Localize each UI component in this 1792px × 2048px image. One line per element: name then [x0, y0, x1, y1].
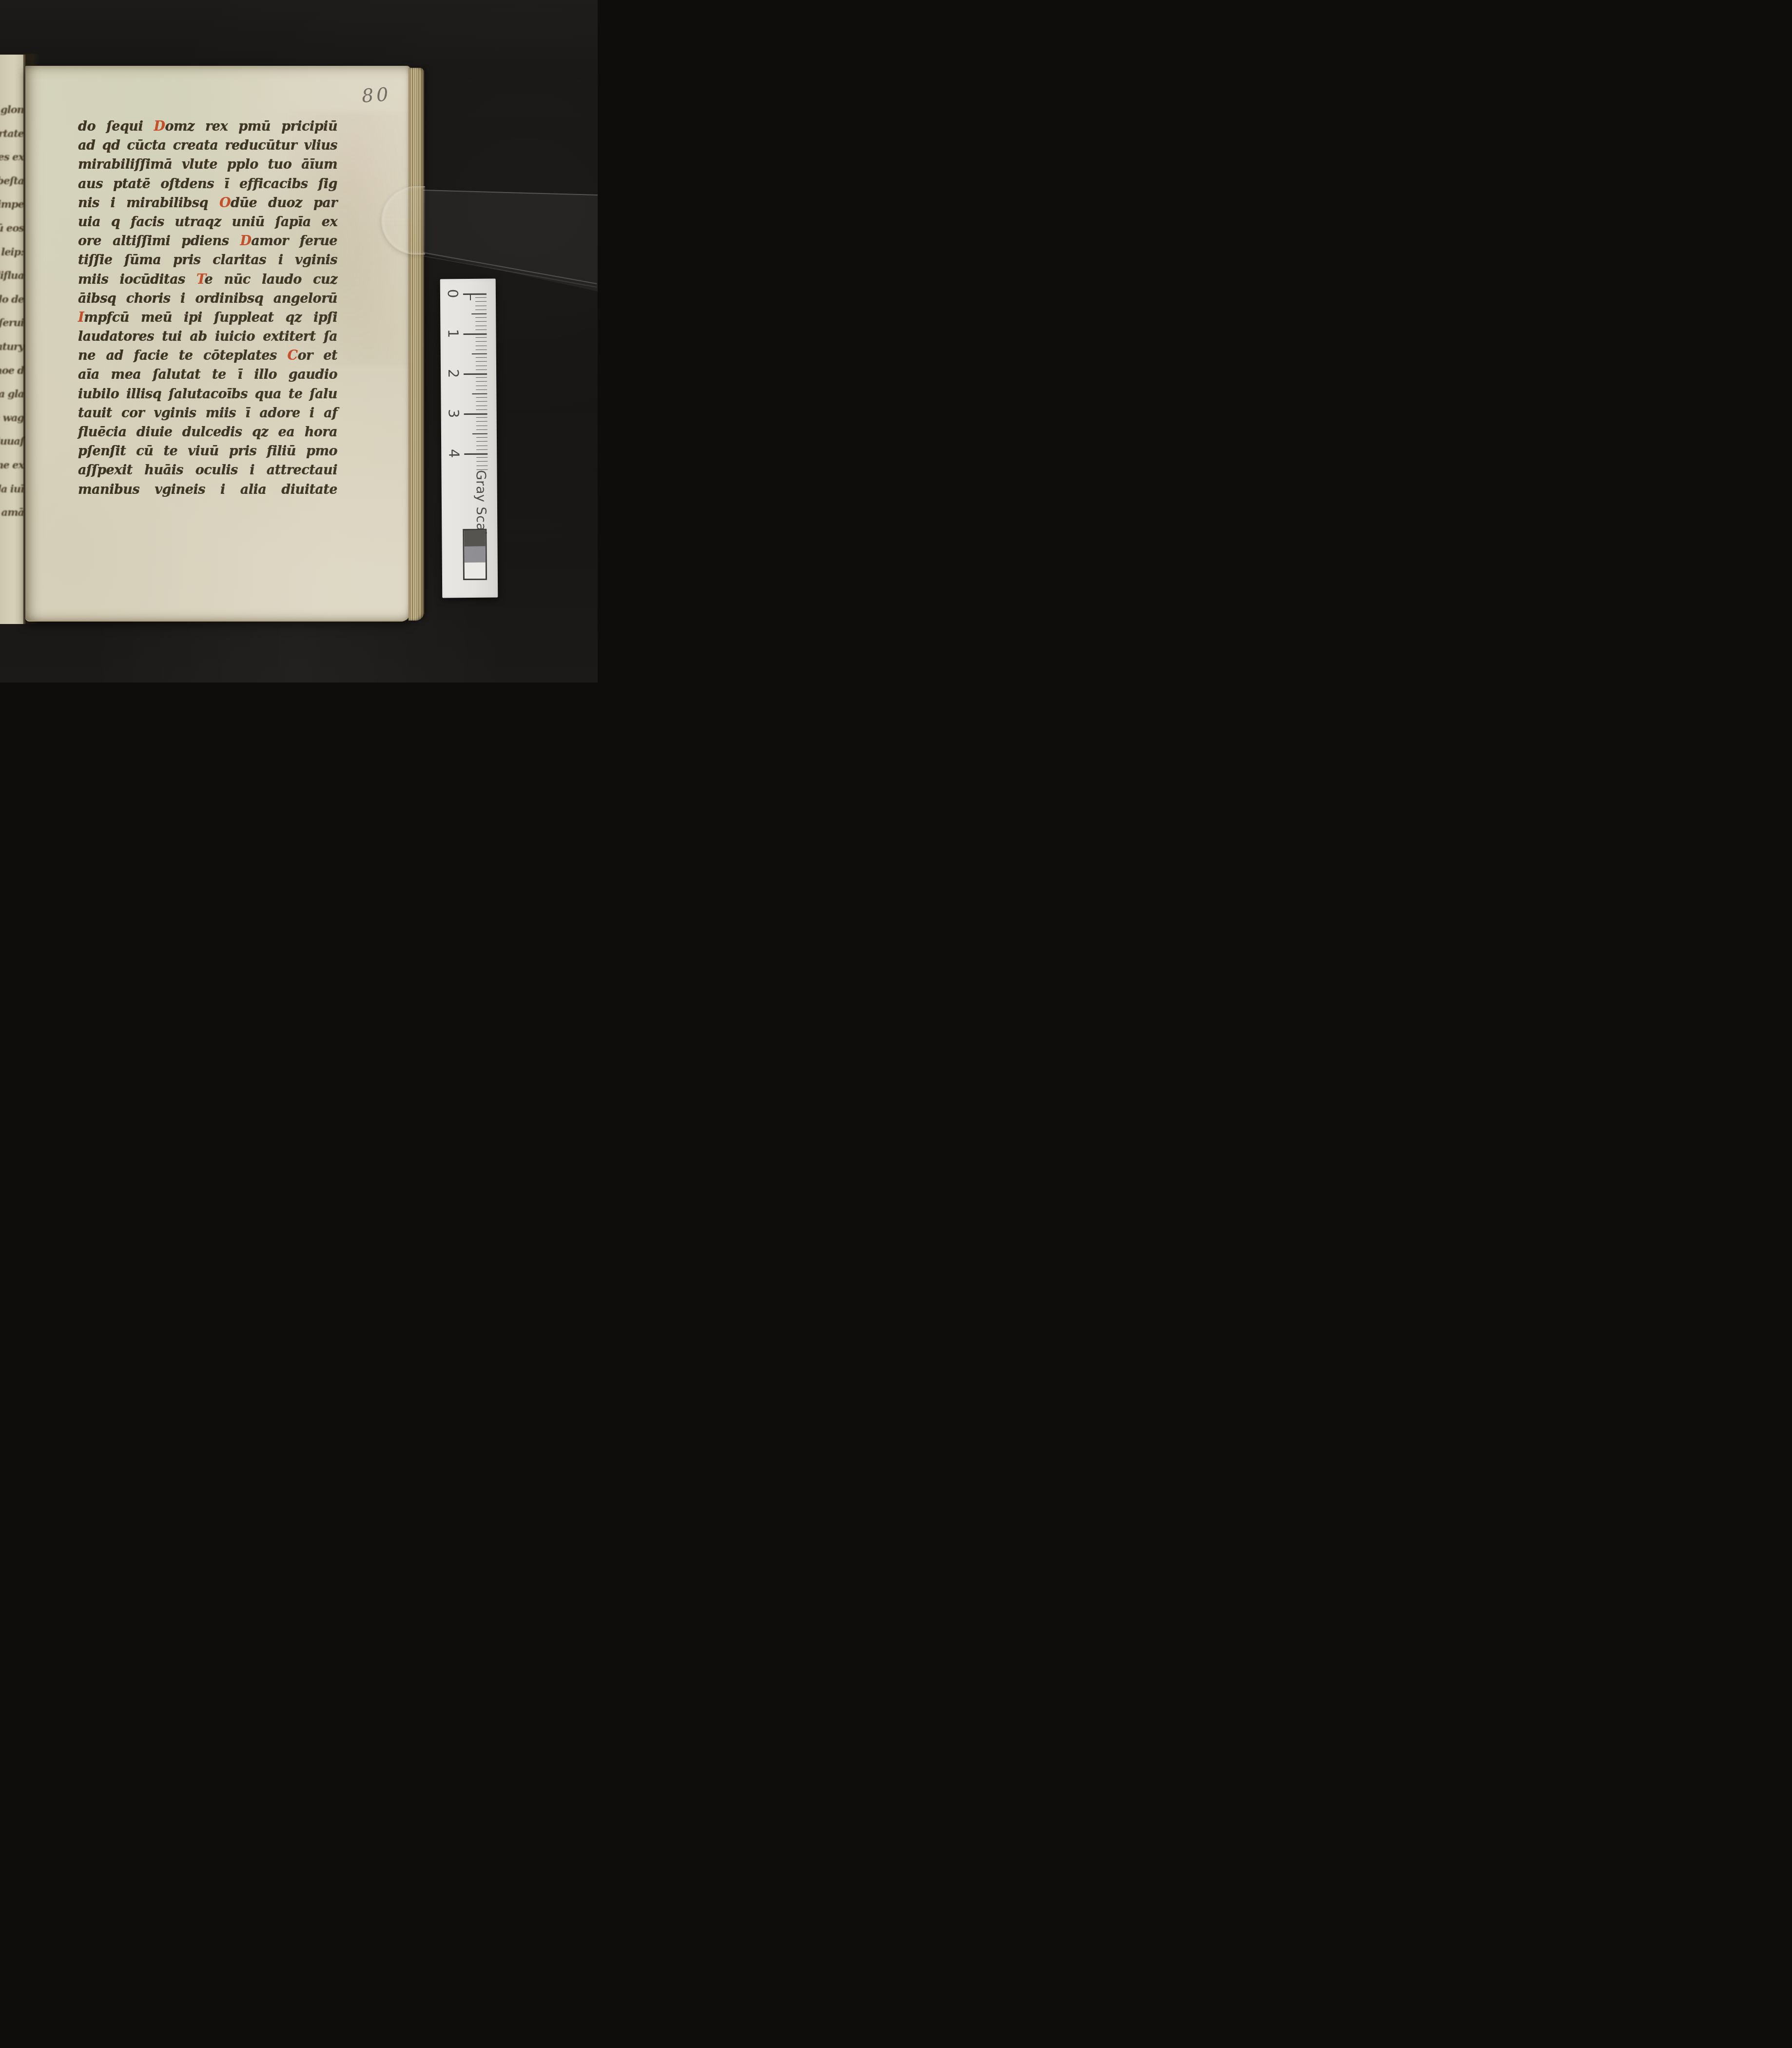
facing-page-text-fragment: ī ſerui — [0, 316, 24, 329]
text-segment: ne ad facie te cōteplates — [78, 348, 287, 363]
mm-tick — [476, 449, 487, 450]
mm-tick — [470, 294, 471, 300]
text-segment: mpfcū meū ipi ſuppleat qz ipſi — [84, 310, 337, 325]
mm-tick — [476, 437, 487, 438]
text-segment: pſenſit cū te viuū pris filiū pmo — [78, 444, 337, 459]
text-segment: ad qd cūcta creata reducūtur vlius — [78, 138, 337, 153]
text-segment: uia q facis utraqz uniū ſapīa ex — [78, 215, 337, 230]
cm-tick — [464, 373, 487, 375]
manuscript-text-line: mirabiliſſimā vlute pplo tuo āīum — [78, 155, 337, 174]
mm-tick — [472, 433, 487, 434]
mm-tick — [476, 425, 487, 426]
fore-edge-leaves — [409, 68, 424, 621]
photo-stage: ſo i glonli chartateones exta vbeſtaes q… — [0, 0, 598, 683]
facing-page-text-fragment: uedo de — [0, 293, 24, 305]
manuscript-text-line: ore altiſſimi pdiens Damor ferue — [78, 232, 337, 251]
manuscript-text-line: iubilo illisq ſalutacoībs qua te ſalu — [78, 385, 337, 404]
ruler-number: 2 — [446, 365, 461, 382]
grayscale-patches — [463, 529, 487, 580]
mm-tick — [475, 325, 487, 326]
manuscript-text-line: Impfcū meū ipi ſuppleat qz ipſi — [78, 308, 337, 327]
mm-tick — [476, 357, 487, 358]
facing-page-text-fragment: ones ex — [0, 151, 24, 163]
text-segment: omz rex pmū pricipiū — [165, 119, 337, 134]
text-segment: iubilo illisq ſalutacoībs qua te ſalu — [78, 387, 337, 402]
facing-page-text-fragment: es q impe — [0, 198, 24, 210]
rubricated-initial: D — [240, 234, 251, 249]
mm-tick — [475, 305, 487, 306]
mm-tick — [476, 401, 487, 402]
mm-tick — [476, 385, 487, 386]
manuscript-text-line: miis iocūditas Te nūc laudo cuz — [78, 270, 337, 289]
ruler-number: 4 — [447, 445, 461, 462]
mm-tick — [476, 377, 487, 378]
mm-tick — [475, 321, 487, 322]
manuscript-text-line: fluēcia diuie dulcedis qz ea hora — [78, 423, 337, 442]
mm-tick — [472, 353, 487, 354]
book-clamp-strip — [423, 188, 598, 293]
manuscript-text-line: manibus vgineis i alia diuitate — [78, 480, 337, 499]
manuscript-text-line: aus ptatē oſtdens ī efficacibs ſig — [78, 175, 337, 194]
manuscript-text-line: tiſſie ſūma pris claritas i vginis — [78, 251, 337, 270]
facing-page-text-fragment: ne ex — [0, 459, 24, 471]
facing-page-text-fragment: gele wag — [0, 411, 24, 424]
text-segment: nis i mirabilibsq — [78, 195, 219, 211]
facing-page-text-fragment: o iuuaſ — [0, 435, 24, 447]
mm-tick — [475, 310, 487, 310]
mm-tick — [476, 361, 487, 362]
mm-tick — [476, 350, 487, 350]
text-segment: miis iocūditas — [78, 272, 196, 287]
cm-tick — [463, 293, 487, 295]
rubricated-initial: I — [78, 310, 84, 325]
manuscript-text-line: aſſpexit huāis oculis i attrectaui — [78, 461, 337, 480]
facing-page-text-fragment: ta vbeſta — [0, 175, 24, 187]
text-segment: e nūc laudo cuz — [205, 272, 337, 287]
manuscript-text-line: ne ad facie te cōteplates Cor et — [78, 346, 337, 365]
facing-page-text-fragment: da iuī — [0, 483, 24, 495]
facing-page-text-fragment: lug amā — [0, 506, 24, 518]
mm-tick — [476, 441, 487, 442]
mm-tick — [476, 397, 487, 398]
facing-page-text-fragment: de datury — [0, 340, 24, 352]
mm-tick — [475, 317, 487, 318]
text-segment: tiſſie ſūma pris claritas i vginis — [78, 253, 337, 268]
mm-tick — [471, 313, 487, 314]
mm-tick — [475, 297, 487, 298]
manuscript-page: 80 do ſequi Domz rex pmū pricipiūad qd c… — [25, 66, 410, 622]
rubricated-initial: O — [219, 195, 231, 211]
cm-tick — [464, 453, 487, 455]
facing-page-text-fragment: iſteriū eos — [0, 222, 24, 234]
text-segment: aus ptatē oſtdens ī efficacibs ſig — [78, 176, 337, 192]
text-segment: dūe duoz par — [231, 195, 337, 211]
grayscale-patch — [465, 563, 486, 579]
ruler-number: 1 — [446, 325, 460, 342]
mm-tick — [476, 370, 487, 370]
mm-tick — [472, 393, 487, 394]
mm-tick — [476, 417, 487, 418]
facing-page-edge: ſo i glonli chartateones exta vbeſtaes q… — [0, 55, 25, 624]
text-segment: aīa mea ſalutat te ī illo gaudio — [78, 367, 337, 382]
manuscript-text-line: āibsq choris i ordinibsq angelorū — [78, 289, 337, 308]
grayscale-patch — [464, 530, 485, 546]
manuscript-text-block: do ſequi Domz rex pmū pricipiūad qd cūct… — [78, 117, 337, 499]
mm-tick — [476, 341, 487, 342]
cm-tick — [463, 333, 487, 335]
mm-tick — [476, 461, 487, 462]
facing-page-text-fragment: noe d — [0, 364, 24, 376]
text-segment: ore altiſſimi pdiens — [78, 234, 240, 249]
mm-tick — [476, 421, 487, 422]
mm-tick — [476, 457, 487, 458]
grayscale-patch — [465, 546, 486, 563]
manuscript-text-line: pſenſit cū te viuū pris filiū pmo — [78, 442, 337, 461]
ruler-number: 0 — [446, 285, 460, 302]
mm-tick — [476, 337, 487, 338]
manuscript-text-line: aīa mea ſalutat te ī illo gaudio — [78, 365, 337, 384]
mm-tick — [476, 469, 487, 470]
text-segment: tauit cor vginis miis ī adore i af — [78, 406, 337, 421]
manuscript-text-line: ad qd cūcta creata reducūtur vlius — [78, 136, 337, 155]
manuscript-text-line: uia q facis utraqz uniū ſapīa ex — [78, 213, 337, 232]
manuscript-text-line: nis i mirabilibsq Odūe duoz par — [78, 194, 337, 213]
text-segment: amor ferue — [251, 234, 337, 249]
mm-tick — [476, 365, 487, 366]
mm-tick — [476, 445, 487, 446]
mm-tick — [476, 429, 487, 430]
manuscript-text-line: do ſequi Domz rex pmū pricipiū — [78, 117, 337, 136]
mm-tick — [476, 381, 487, 382]
facing-page-text-fragment: a melliflua — [0, 269, 24, 281]
manuscript-text-line: laudatores tui ab iuicio extitert ſa — [78, 327, 337, 346]
facing-page-text-fragment: etha gla — [0, 388, 24, 400]
rubricated-initial: T — [196, 272, 205, 287]
ruler-number: 3 — [447, 405, 461, 422]
manuscript-text-line: tauit cor vginis miis ī adore i af — [78, 404, 337, 423]
cm-tick — [464, 413, 487, 415]
mm-tick — [476, 345, 487, 346]
rubricated-initial: D — [154, 119, 165, 134]
facing-page-text-fragment: enā leip: — [0, 246, 24, 258]
folio-number: 80 — [361, 83, 392, 107]
text-segment: or et — [297, 348, 337, 363]
text-segment: āibsq choris i ordinibsq angelorū — [78, 291, 337, 306]
text-segment: aſſpexit huāis oculis i attrectaui — [78, 463, 337, 478]
mm-tick — [476, 465, 487, 466]
mm-tick — [475, 330, 487, 330]
text-segment: mirabiliſſimā vlute pplo tuo āīum — [78, 157, 337, 172]
mm-tick — [476, 405, 487, 406]
mm-tick — [475, 301, 487, 302]
text-segment: manibus vgineis i alia diuitate — [78, 482, 337, 497]
mm-tick — [476, 390, 487, 390]
ruler: Gray Scale 01234 — [440, 279, 498, 598]
mm-tick — [476, 410, 487, 410]
text-segment: laudatores tui ab iuicio extitert ſa — [78, 329, 337, 344]
facing-page-text-fragment: ſo i glon — [0, 103, 24, 116]
rubricated-initial: C — [287, 348, 297, 363]
facing-page-text-fragment: li chartate — [0, 127, 24, 139]
text-segment: do ſequi — [78, 119, 154, 134]
text-segment: fluēcia diuie dulcedis qz ea hora — [78, 425, 337, 440]
